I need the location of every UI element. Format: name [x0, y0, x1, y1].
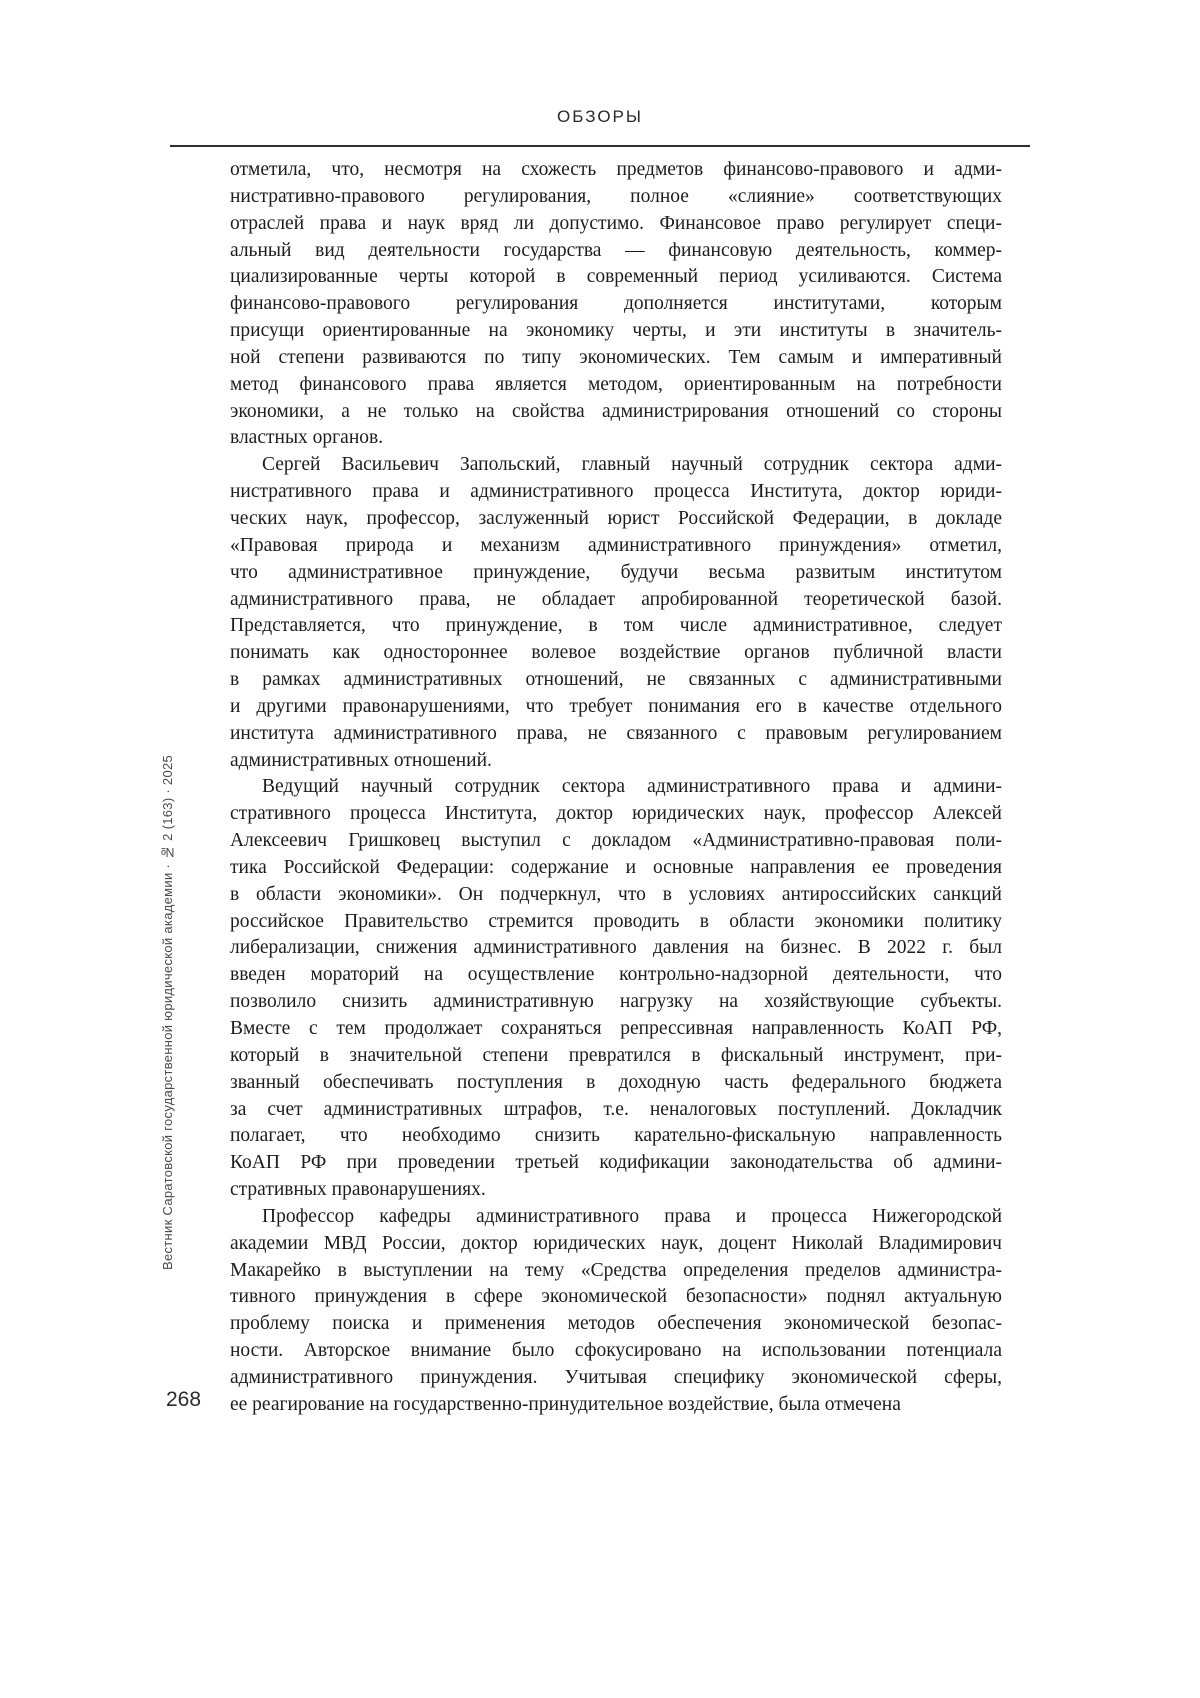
- text-line: КоАП РФ при проведении третьей кодификац…: [230, 1150, 1002, 1177]
- text-line: в области экономики». Он подчеркнул, что…: [230, 882, 1002, 909]
- text-line: либерализации, снижения административног…: [230, 935, 1002, 962]
- text-line: и другими правонарушениями, что требует …: [230, 694, 1002, 721]
- text-line: «Правовая природа и механизм администрат…: [230, 533, 1002, 560]
- text-line: Макарейко в выступлении на тему «Средств…: [230, 1258, 1002, 1285]
- text-line: проблему поиска и применения методов обе…: [230, 1311, 1002, 1338]
- text-line: метод финансового права является методом…: [230, 372, 1002, 399]
- text-line: тивного принуждения в сфере экономическо…: [230, 1284, 1002, 1311]
- text-line: полагает, что необходимо снизить карател…: [230, 1123, 1002, 1150]
- text-line: Алексеевич Гришковец выступил с докладом…: [230, 828, 1002, 855]
- text-line: Ведущий научный сотрудник сектора админи…: [230, 774, 1002, 801]
- text-line: Сергей Васильевич Запольский, главный на…: [230, 452, 1002, 479]
- text-line: Профессор кафедры административного прав…: [230, 1204, 1002, 1231]
- text-line: циализированные черты которой в современ…: [230, 264, 1002, 291]
- text-line: позволило снизить административную нагру…: [230, 989, 1002, 1016]
- text-line: тика Российской Федерации: содержание и …: [230, 855, 1002, 882]
- text-line: стративного процесса Института, доктор ю…: [230, 801, 1002, 828]
- text-line: властных органов.: [230, 425, 1002, 452]
- text-line: ческих наук, профессор, заслуженный юрис…: [230, 506, 1002, 533]
- text-line: института административного права, не св…: [230, 721, 1002, 748]
- text-line: академии МВД России, доктор юридических …: [230, 1231, 1002, 1258]
- text-line: званный обеспечивать поступления в доход…: [230, 1070, 1002, 1097]
- text-line: ной степени развиваются по типу экономич…: [230, 345, 1002, 372]
- text-line: ее реагирование на государственно-принуд…: [230, 1392, 1002, 1419]
- text-line: административных отношений.: [230, 748, 1002, 775]
- text-line: нистративно-правового регулирования, пол…: [230, 184, 1002, 211]
- text-line: российское Правительство стремится прово…: [230, 909, 1002, 936]
- page-number: 268: [166, 1388, 212, 1412]
- header-rule: [170, 145, 1030, 147]
- text-line: финансово-правового регулирования дополн…: [230, 291, 1002, 318]
- text-line: отметила, что, несмотря на схожесть пред…: [230, 157, 1002, 184]
- text-line: отраслей права и наук вряд ли допустимо.…: [230, 211, 1002, 238]
- text-line: альный вид деятельности государства — фи…: [230, 238, 1002, 265]
- text-line: Представляется, что принуждение, в том ч…: [230, 613, 1002, 640]
- text-line: который в значительной степени превратил…: [230, 1043, 1002, 1070]
- text-line: за счет административных штрафов, т.е. н…: [230, 1097, 1002, 1124]
- running-header: ОБЗОРЫ: [170, 107, 1030, 127]
- text-line: понимать как одностороннее волевое возде…: [230, 640, 1002, 667]
- text-line: административного принуждения. Учитывая …: [230, 1365, 1002, 1392]
- journal-title-vertical: Вестник Саратовской государственной юрид…: [160, 715, 184, 1310]
- text-line: присущи ориентированные на экономику чер…: [230, 318, 1002, 345]
- text-line: стративных правонарушениях.: [230, 1177, 1002, 1204]
- text-line: ности. Авторское внимание было сфокусиро…: [230, 1338, 1002, 1365]
- text-line: в рамках административных отношений, не …: [230, 667, 1002, 694]
- body-text: отметила, что, несмотря на схожесть пред…: [230, 157, 1002, 1419]
- text-line: экономики, а не только на свойства админ…: [230, 399, 1002, 426]
- text-line: административного права, не обладает апр…: [230, 587, 1002, 614]
- text-line: нистративного права и административного …: [230, 479, 1002, 506]
- text-line: что административное принуждение, будучи…: [230, 560, 1002, 587]
- text-line: введен мораторий на осуществление контро…: [230, 962, 1002, 989]
- journal-page: ОБЗОРЫ отметила, что, несмотря на схожес…: [0, 0, 1200, 1698]
- text-line: Вместе с тем продолжает сохраняться репр…: [230, 1016, 1002, 1043]
